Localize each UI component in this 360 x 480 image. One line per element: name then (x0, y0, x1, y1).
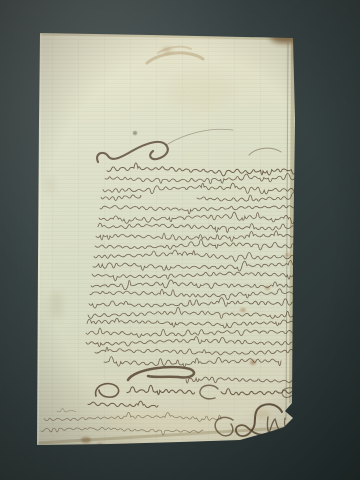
handwriting-line (89, 298, 297, 308)
handwriting-line (95, 347, 298, 355)
paper-edge-top-shade (40, 34, 292, 39)
paper-sheet (0, 0, 360, 480)
handwriting-line (95, 239, 298, 249)
ink-flourish (166, 129, 233, 145)
closing-line-region (125, 366, 300, 384)
handwriting-line (98, 223, 297, 232)
signature-region (232, 400, 292, 438)
ink-flourish (249, 148, 281, 155)
handwriting-line (86, 328, 297, 337)
stain-arc (147, 53, 203, 63)
stain (293, 38, 303, 66)
handwriting-line (90, 289, 298, 300)
handwriting-line (101, 195, 141, 201)
handwriting-line (96, 231, 298, 242)
addressee-region (40, 410, 225, 436)
handwriting-line (87, 318, 296, 328)
handwriting-line (99, 212, 298, 224)
handwriting-line (103, 183, 296, 194)
manuscript-photo (0, 0, 360, 480)
handwriting-line (197, 193, 297, 202)
handwriting-line (94, 250, 297, 261)
handwriting-line (100, 205, 298, 213)
handwriting-line (92, 272, 297, 281)
paper-edge-left-highlight (38, 34, 41, 444)
handwriting-line (93, 261, 298, 271)
second-leaf-edge (286, 42, 288, 420)
ink-flourish (97, 142, 168, 162)
handwriting-line (107, 163, 297, 176)
handwriting-line (86, 337, 296, 347)
handwriting-line (88, 307, 297, 318)
handwriting-line (91, 280, 297, 290)
